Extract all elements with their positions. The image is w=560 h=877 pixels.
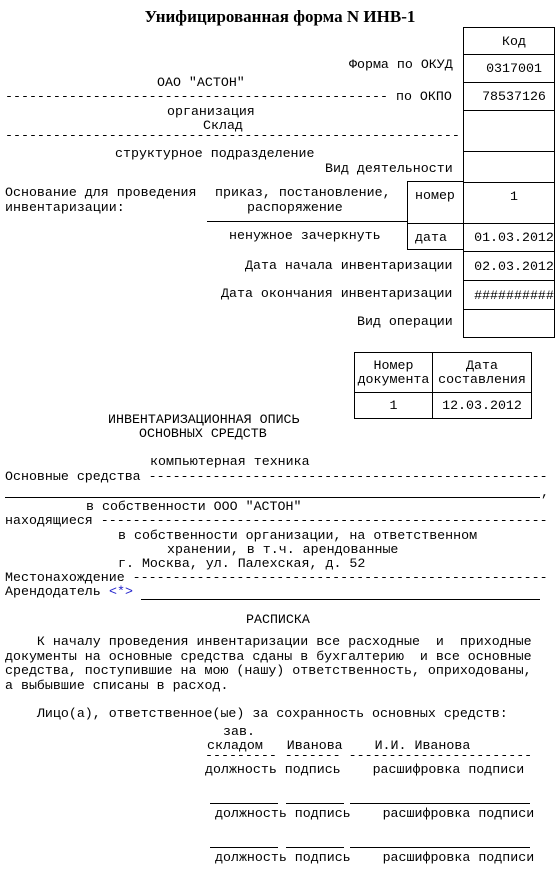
doc-date-value: 12.03.2012 <box>433 393 531 418</box>
division-code-cell <box>464 110 554 151</box>
code-column-table: Код 0317001 78537126 1 01.03.2012 02.03.… <box>463 27 555 338</box>
organization-name: ОАО "АСТОН" <box>157 76 245 89</box>
basis-label-line2: инвентаризации: <box>5 201 125 214</box>
document-number-table: Номер документа Дата составления 1 12.03… <box>354 352 532 419</box>
start-date-label: Дата начала инвентаризации <box>245 259 452 272</box>
address-value: г. Москва, ул. Палехская, д. 52 <box>118 557 365 570</box>
date-label-cell: дата <box>408 223 463 250</box>
okpo-label-line: ----------------------------------------… <box>5 90 452 103</box>
lessor-label: Арендодатель <box>5 585 101 598</box>
basis-number-date-box: номер дата <box>407 181 464 250</box>
receipt-paragraph-line1: К началу проведения инвентаризации все р… <box>5 635 532 648</box>
operation-code-cell <box>464 309 554 337</box>
lessor-underline <box>141 599 540 600</box>
basis-number-cell: 1 <box>464 182 554 223</box>
code-header-cell: Код <box>464 28 554 54</box>
start-date-cell: 02.03.2012 <box>464 251 554 280</box>
organization-label: организация <box>167 105 255 118</box>
signature-caption-row-2: должность подпись расшифровка подписи <box>215 807 534 820</box>
doc-number-value: 1 <box>355 393 433 418</box>
basis-kind-line2: распоряжение <box>247 201 343 214</box>
operation-label: Вид операции <box>357 315 453 328</box>
asset-underline <box>5 497 540 498</box>
activity-label: Вид деятельности <box>325 162 453 175</box>
signature-line-2b <box>286 803 344 804</box>
okpo-value-cell: 78537126 <box>464 82 554 110</box>
end-date-label: Дата окончания инвентаризации <box>221 287 452 300</box>
receipt-paragraph-line2: документы на основные средства сданы в б… <box>5 650 532 663</box>
owner-value: в собственности ООО "АСТОН" <box>86 500 301 513</box>
signature-caption-row-1: должность подпись расшифровка подписи <box>205 763 524 776</box>
asset-comma: , <box>541 486 549 499</box>
receipt-title: РАСПИСКА <box>246 613 310 626</box>
main-heading-line1: ИНВЕНТАРИЗАЦИОННАЯ ОПИСЬ <box>108 413 300 426</box>
basis-label-line1: Основание для проведения <box>5 186 197 199</box>
okud-label: Форма по ОКУД <box>349 58 453 71</box>
signature-line-3c <box>350 847 530 848</box>
doc-date-header: Дата составления <box>433 353 531 393</box>
footnote-reference-link[interactable]: <*> <box>109 585 133 598</box>
form-title: Унифицированная форма N ИНВ-1 <box>0 8 560 26</box>
division-divider: ----------------------------------------… <box>5 129 460 142</box>
division-label: структурное подразделение <box>115 147 315 160</box>
end-date-cell: ########## <box>464 280 554 309</box>
signature-caption-row-3: должность подпись расшифровка подписи <box>215 851 534 864</box>
basis-date-cell: 01.03.2012 <box>464 223 554 251</box>
number-label-cell: номер <box>408 182 463 223</box>
signature-line-2c <box>350 803 530 804</box>
activity-code-cell <box>464 151 554 182</box>
okud-value-cell: 0317001 <box>464 54 554 82</box>
located-label-line: находящиеся ----------------------------… <box>5 514 548 527</box>
located-value-line2: хранении, в т.ч. арендованные <box>167 543 398 556</box>
located-value-line1: в собственности организации, на ответств… <box>118 529 477 542</box>
basis-underline <box>207 221 407 222</box>
signature-line-2a <box>210 803 278 804</box>
asset-type-value: компьютерная техника <box>150 455 310 468</box>
receipt-paragraph-line3: средства, поступившие на мою (нашу) отве… <box>5 664 532 677</box>
signature-line-3a <box>210 847 278 848</box>
signature-line-3b <box>286 847 344 848</box>
form-inv-1-document: Унифицированная форма N ИНВ-1 Код 031700… <box>0 0 560 877</box>
strike-note: ненужное зачеркнуть <box>229 229 381 242</box>
main-heading-line2: ОСНОВНЫХ СРЕДСТВ <box>139 427 267 440</box>
location-label-line: Местонахождение ------------------------… <box>5 571 548 584</box>
doc-number-header: Номер документа <box>355 353 433 393</box>
basis-kind-line1: приказ, постановление, <box>215 186 391 199</box>
position-value-line1: зав. <box>223 725 255 738</box>
signature-dash-row: --------- ------- ----------------------… <box>205 749 532 762</box>
asset-label-line: Основные средства ----------------------… <box>5 470 548 483</box>
receipt-paragraph-line4: а выбывшие списаны в расход. <box>5 679 228 692</box>
responsible-persons-label: Лицо(а), ответственное(ые) за сохранност… <box>5 707 508 720</box>
